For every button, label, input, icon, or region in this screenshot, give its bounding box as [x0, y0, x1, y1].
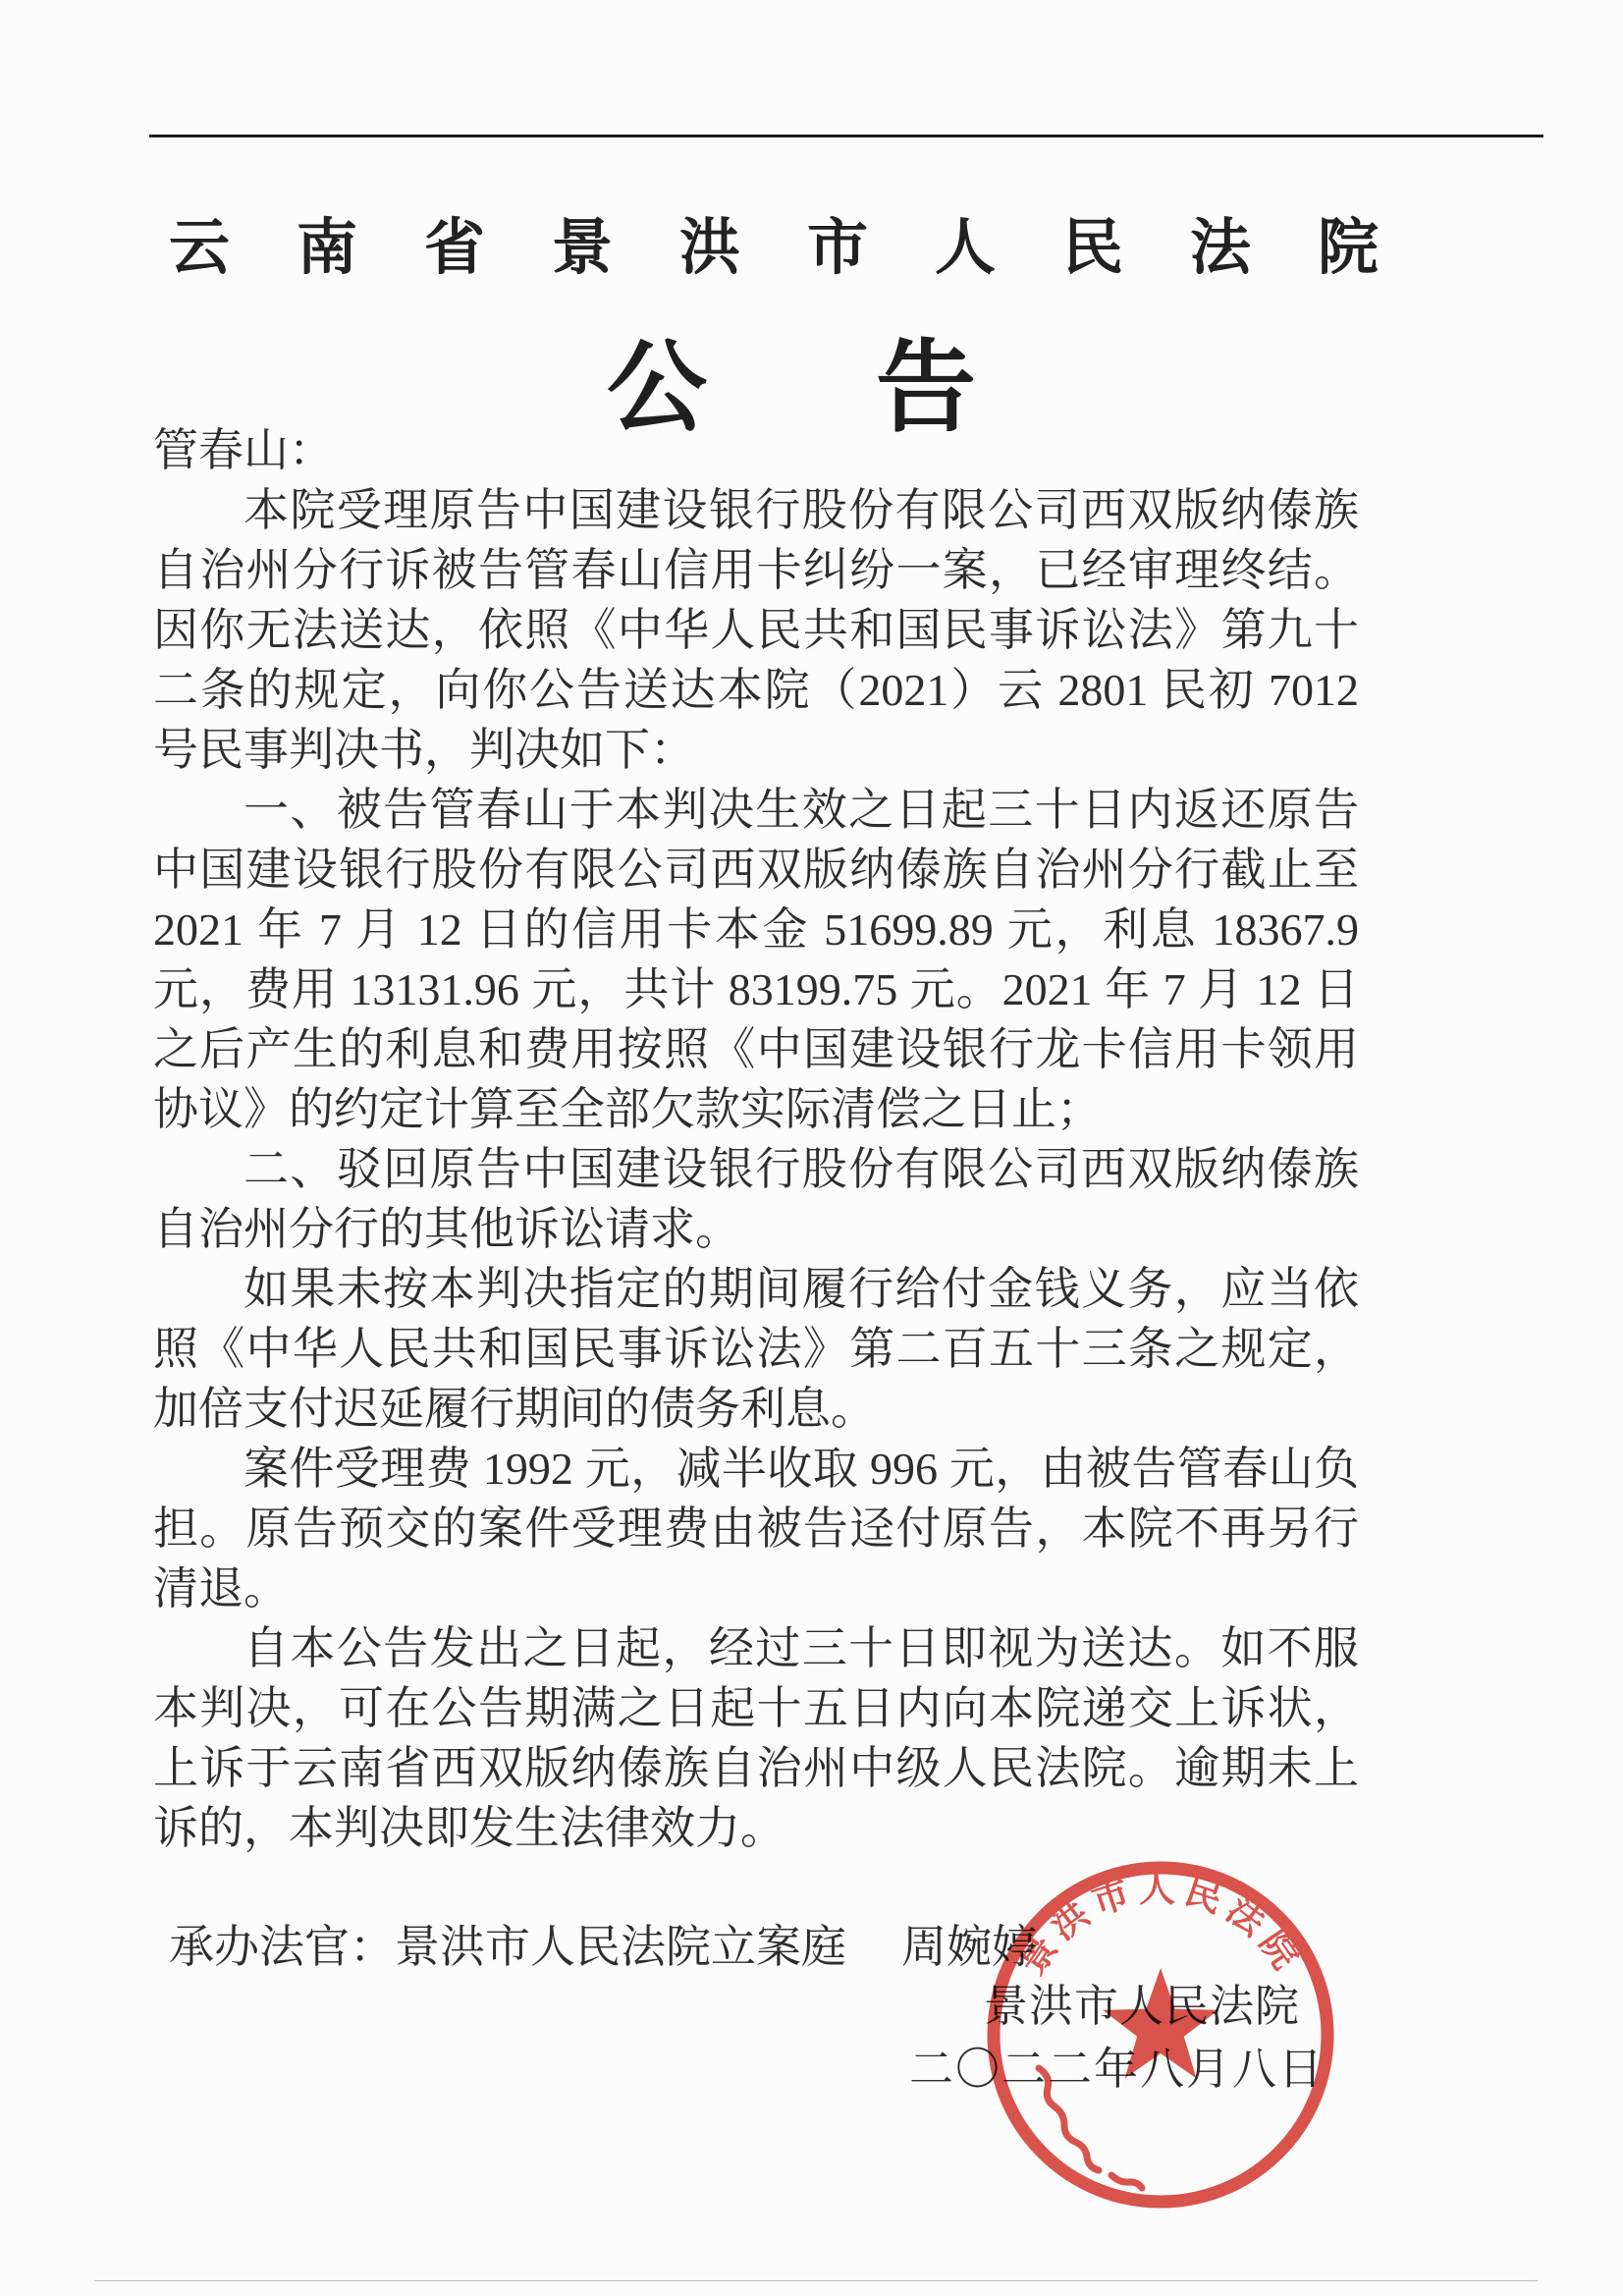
paragraph-late-performance: 如果未按本判决指定的期间履行给付金钱义务，应当依照《中华人民共和国民事诉讼法》第… [153, 1259, 1359, 1439]
court-seal-icon: 景洪市人民法院 [974, 1848, 1347, 2221]
dai-script-squiggle-2 [1111, 2175, 1142, 2188]
court-title: 云南省景洪市人民法院 [169, 198, 1445, 286]
salutation: 管春山： [153, 420, 1359, 480]
court-notice-page: 云南省景洪市人民法院 公告 管春山： 本院受理原告中国建设银行股份有限公司西双版… [0, 0, 1623, 2296]
bottom-rule [94, 2280, 1538, 2281]
seal-arc-text: 景洪市人民法院 [1011, 1870, 1310, 1983]
paragraph-judgment-item-2: 二、驳回原告中国建设银行股份有限公司西双版纳傣族自治州分行的其他诉讼请求。 [153, 1139, 1359, 1259]
paragraph-case-summary: 本院受理原告中国建设银行股份有限公司西双版纳傣族自治州分行诉被告管春山信用卡纠纷… [153, 480, 1359, 780]
paragraph-judgment-item-1: 一、被告管春山于本判决生效之日起三十日内返还原告中国建设银行股份有限公司西双版纳… [153, 780, 1359, 1139]
paragraph-court-fees: 案件受理费 1992 元，减半收取 996 元，由被告管春山负担。原告预交的案件… [153, 1439, 1359, 1618]
seal-star-icon [1103, 1968, 1218, 2078]
judge-line: 承办法官：景洪市人民法院立案庭周婉婷 [169, 1911, 1037, 1976]
top-rule [149, 135, 1543, 137]
paragraph-appeal-notice: 自本公告发出之日起，经过三十日即视为送达。如不服本判决，可在公告期满之日起十五日… [153, 1618, 1359, 1858]
judge-label: 承办法官： [169, 1922, 395, 1972]
judge-division: 景洪市人民法院立案庭 [395, 1922, 846, 1972]
svg-text:景洪市人民法院: 景洪市人民法院 [1011, 1870, 1310, 1983]
notice-body: 管春山： 本院受理原告中国建设银行股份有限公司西双版纳傣族自治州分行诉被告管春山… [153, 420, 1359, 1858]
